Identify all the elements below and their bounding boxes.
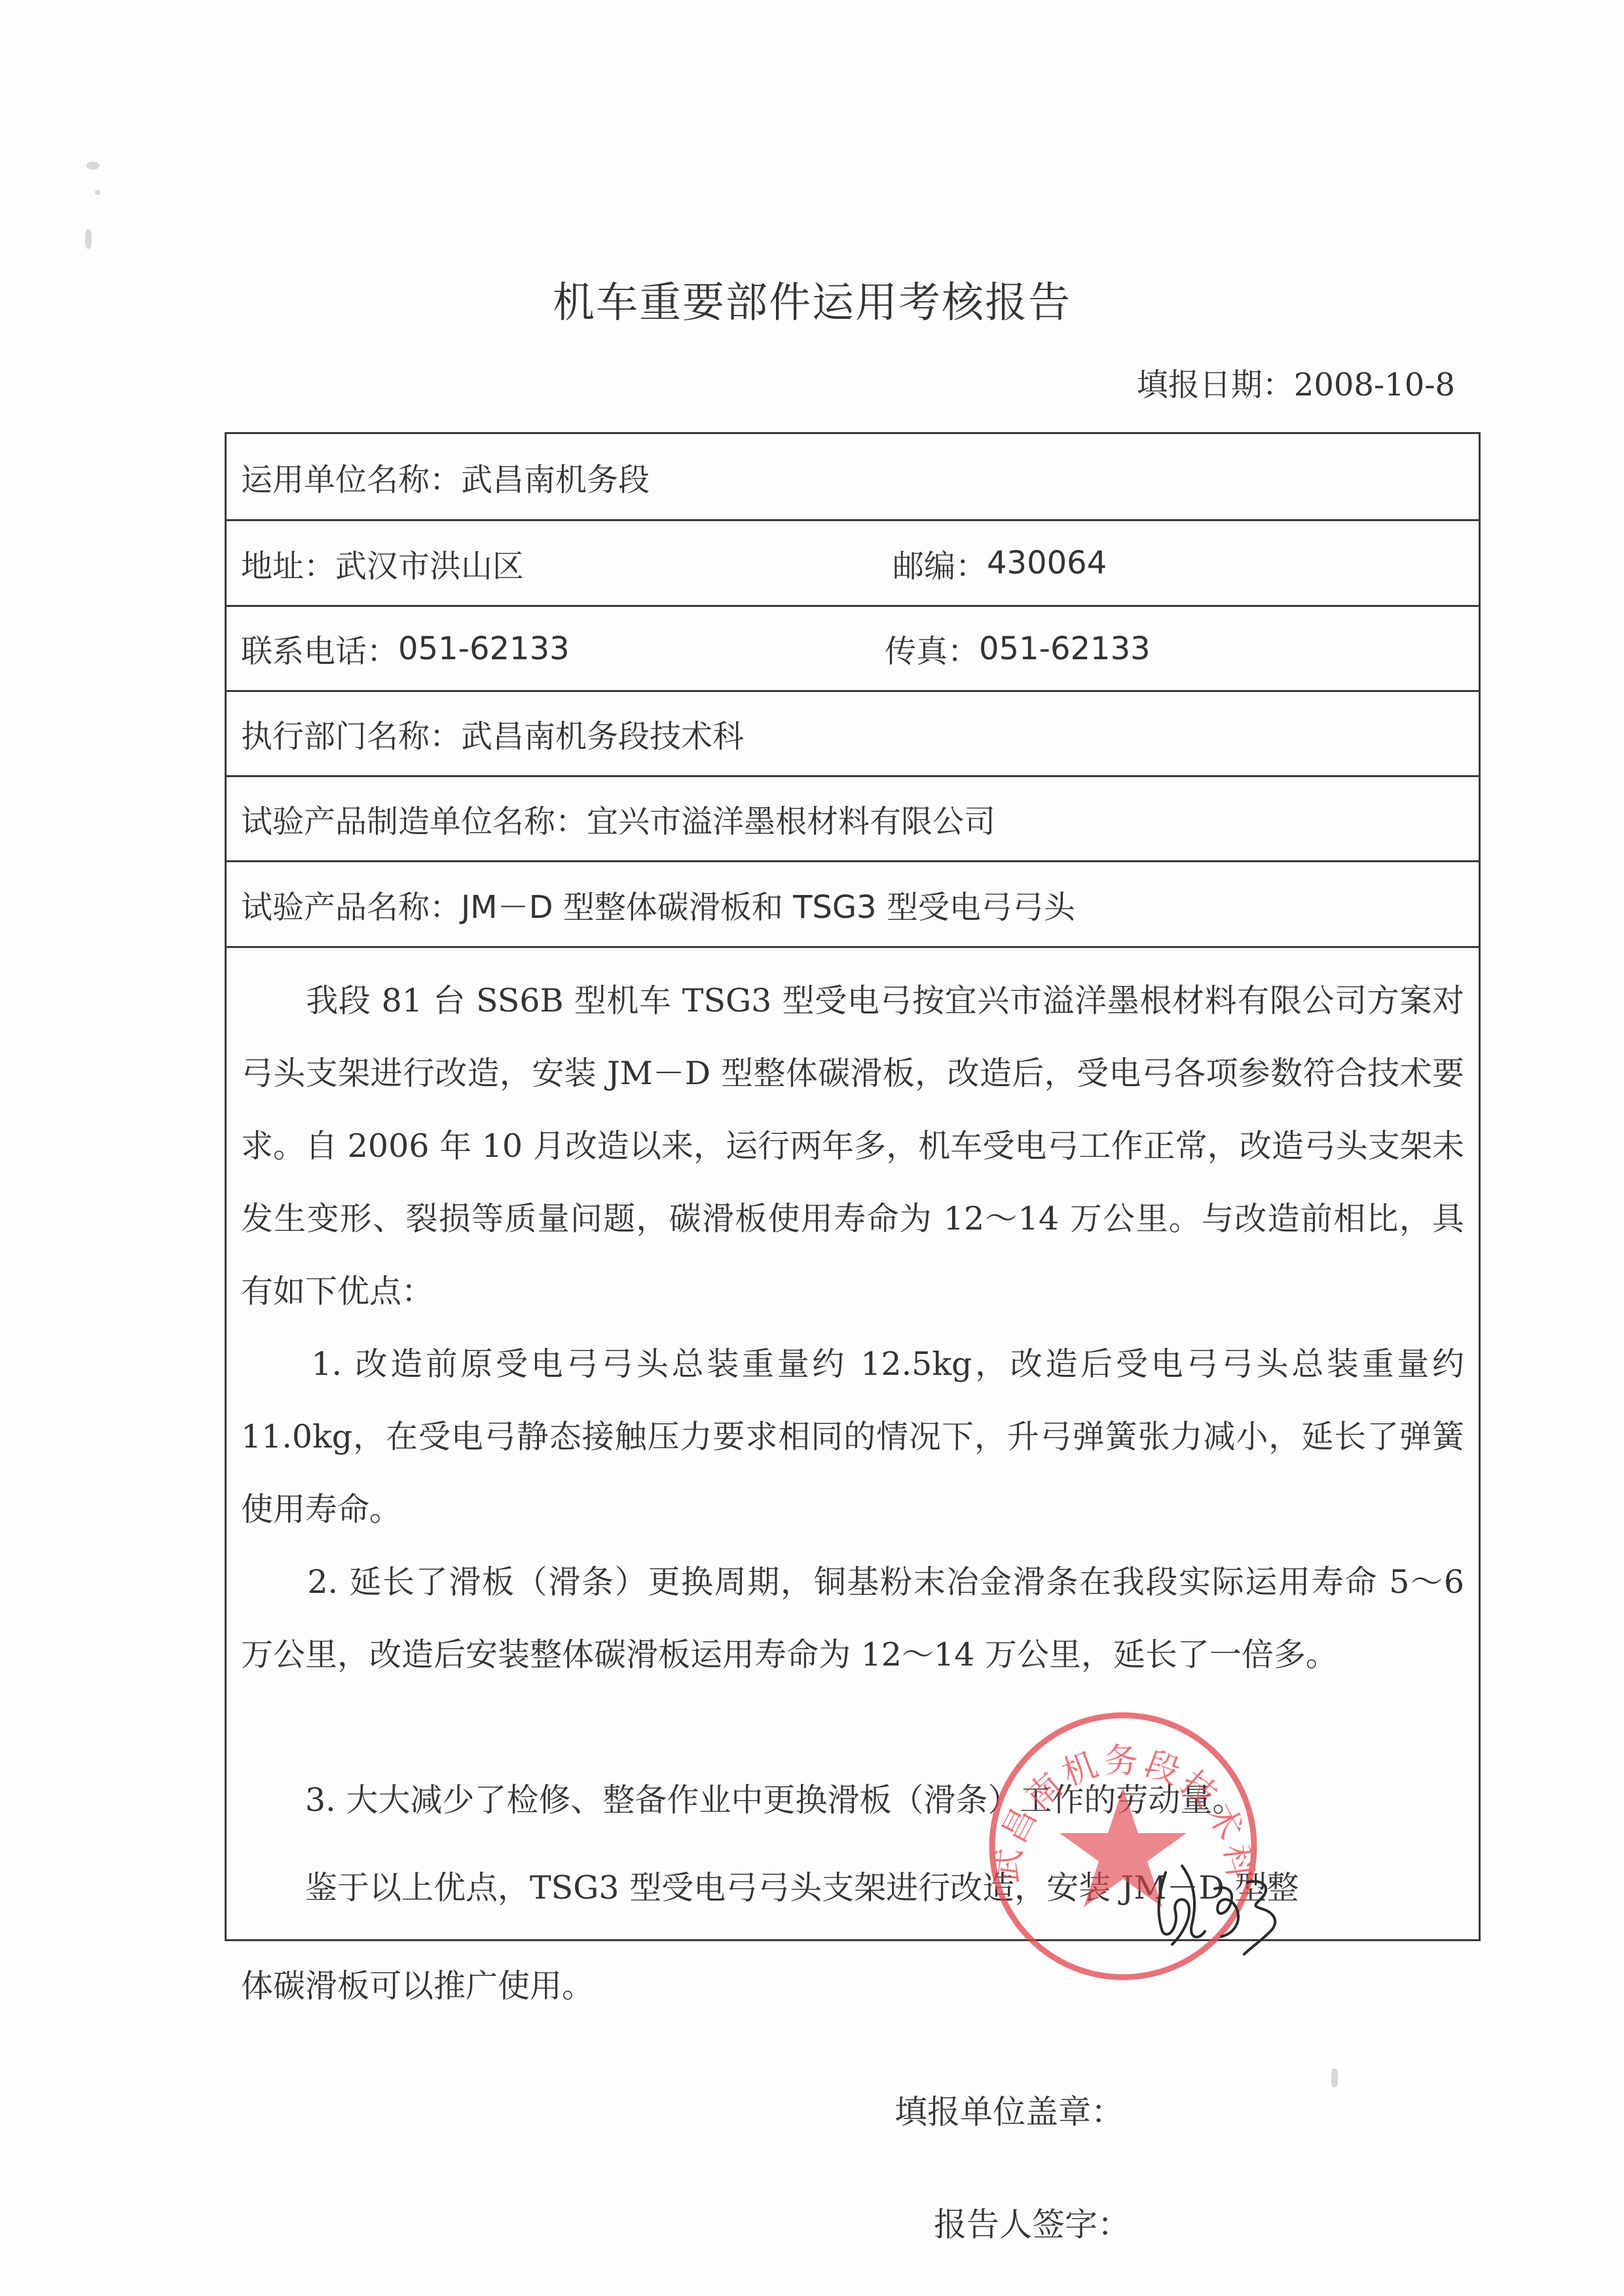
address-value: 武汉市洪山区 — [335, 541, 524, 586]
document-title: 机车重要部件运用考核报告 — [0, 274, 1624, 333]
report-body: 我段 81 台 SS6B 型机车 TSG3 型受电弓按宜兴市溢洋墨根材料有限公司… — [227, 948, 1479, 1939]
advantage-point-1: 1. 改造前原受电弓弓头总装重量约 12.5kg，改造后受电弓弓头总装重量约 1… — [241, 1328, 1464, 1546]
fill-date-value: 2008-10-8 — [1294, 367, 1455, 403]
scan-artifact-mark — [85, 229, 92, 249]
scan-artifact-mark — [95, 190, 100, 195]
product-label: 试验产品名称： — [241, 882, 461, 927]
fax-value: 051-62133 — [979, 630, 1151, 667]
product-value: JM－D 型整体碳滑板和 TSG3 型受电弓弓头 — [461, 882, 1075, 927]
row-address: 地址：武汉市洪山区 邮编：430064 — [227, 521, 1479, 607]
advantage-point-3: 3. 大大减少了检修、整备作业中更换滑板（滑条）工作的劳动量。 — [241, 1764, 1464, 1836]
manufacturer-label: 试验产品制造单位名称： — [241, 796, 587, 841]
fill-date: 填报日期：2008-10-8 — [1137, 359, 1455, 411]
address-label: 地址： — [241, 541, 335, 586]
row-exec-dept: 执行部门名称：武昌南机务段技术科 — [227, 692, 1479, 777]
postcode-label: 邮编： — [893, 541, 987, 586]
fax-label: 传真： — [885, 626, 979, 671]
postcode-value: 430064 — [987, 545, 1107, 581]
advantage-point-2: 2. 延长了滑板（滑条）更换周期，铜基粉末冶金滑条在我段实际运用寿命 5～6 万… — [241, 1546, 1464, 1691]
exec-dept-label: 执行部门名称： — [241, 711, 461, 756]
unit-name-label: 运用单位名称： — [241, 454, 461, 500]
conclusion-line-2: 体碳滑板可以推广使用。 — [241, 1950, 1464, 2022]
phone-label: 联系电话： — [241, 626, 398, 671]
report-form-table: 运用单位名称：武昌南机务段 地址：武汉市洪山区 邮编：430064 联系电话：0… — [225, 432, 1481, 1941]
fill-date-label: 填报日期： — [1137, 367, 1294, 403]
row-product: 试验产品名称：JM－D 型整体碳滑板和 TSG3 型受电弓弓头 — [227, 862, 1479, 948]
handwritten-signature — [1153, 1859, 1297, 1958]
signature-label: 报告人签字： — [934, 2198, 1130, 2246]
unit-name-value: 武昌南机务段 — [461, 454, 650, 500]
intro-paragraph: 我段 81 台 SS6B 型机车 TSG3 型受电弓按宜兴市溢洋墨根材料有限公司… — [241, 964, 1464, 1328]
seal-label: 填报单位盖章： — [895, 2086, 1124, 2133]
row-contact: 联系电话：051-62133 传真：051-62133 — [227, 607, 1479, 692]
phone-value: 051-62133 — [398, 630, 570, 667]
scan-artifact-mark — [1331, 2069, 1338, 2087]
row-manufacturer: 试验产品制造单位名称：宜兴市溢洋墨根材料有限公司 — [227, 777, 1479, 862]
row-unit-name: 运用单位名称：武昌南机务段 — [227, 434, 1479, 521]
scan-artifact-mark — [86, 162, 100, 170]
manufacturer-value: 宜兴市溢洋墨根材料有限公司 — [587, 796, 995, 841]
exec-dept-value: 武昌南机务段技术科 — [461, 711, 744, 756]
